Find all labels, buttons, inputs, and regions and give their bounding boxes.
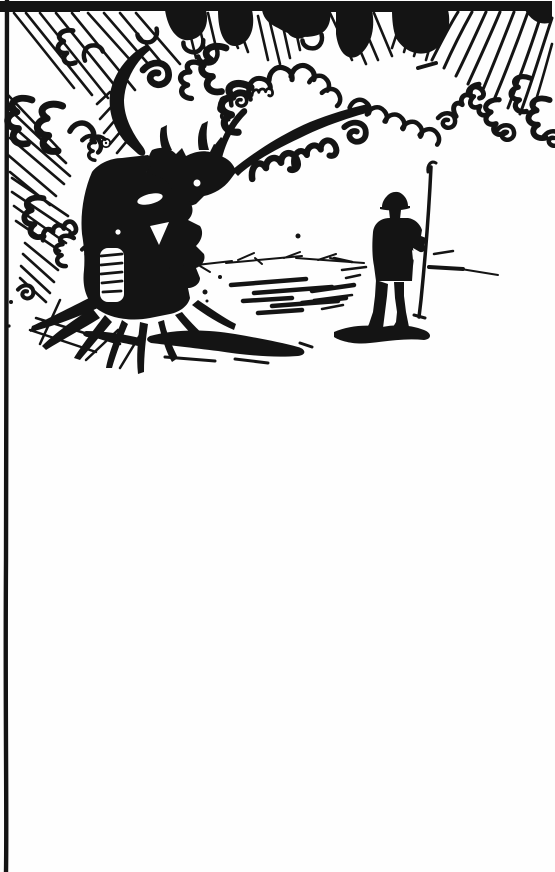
man-with-staff xyxy=(334,162,436,343)
left-rule xyxy=(6,0,7,872)
book-page xyxy=(0,0,555,872)
figure-shadow xyxy=(334,325,430,343)
tree-trunk xyxy=(81,144,236,320)
legs xyxy=(393,282,409,327)
book-illustration xyxy=(0,0,555,872)
head xyxy=(389,210,401,219)
hat xyxy=(380,192,410,211)
legs xyxy=(367,280,388,328)
torso xyxy=(372,218,426,281)
